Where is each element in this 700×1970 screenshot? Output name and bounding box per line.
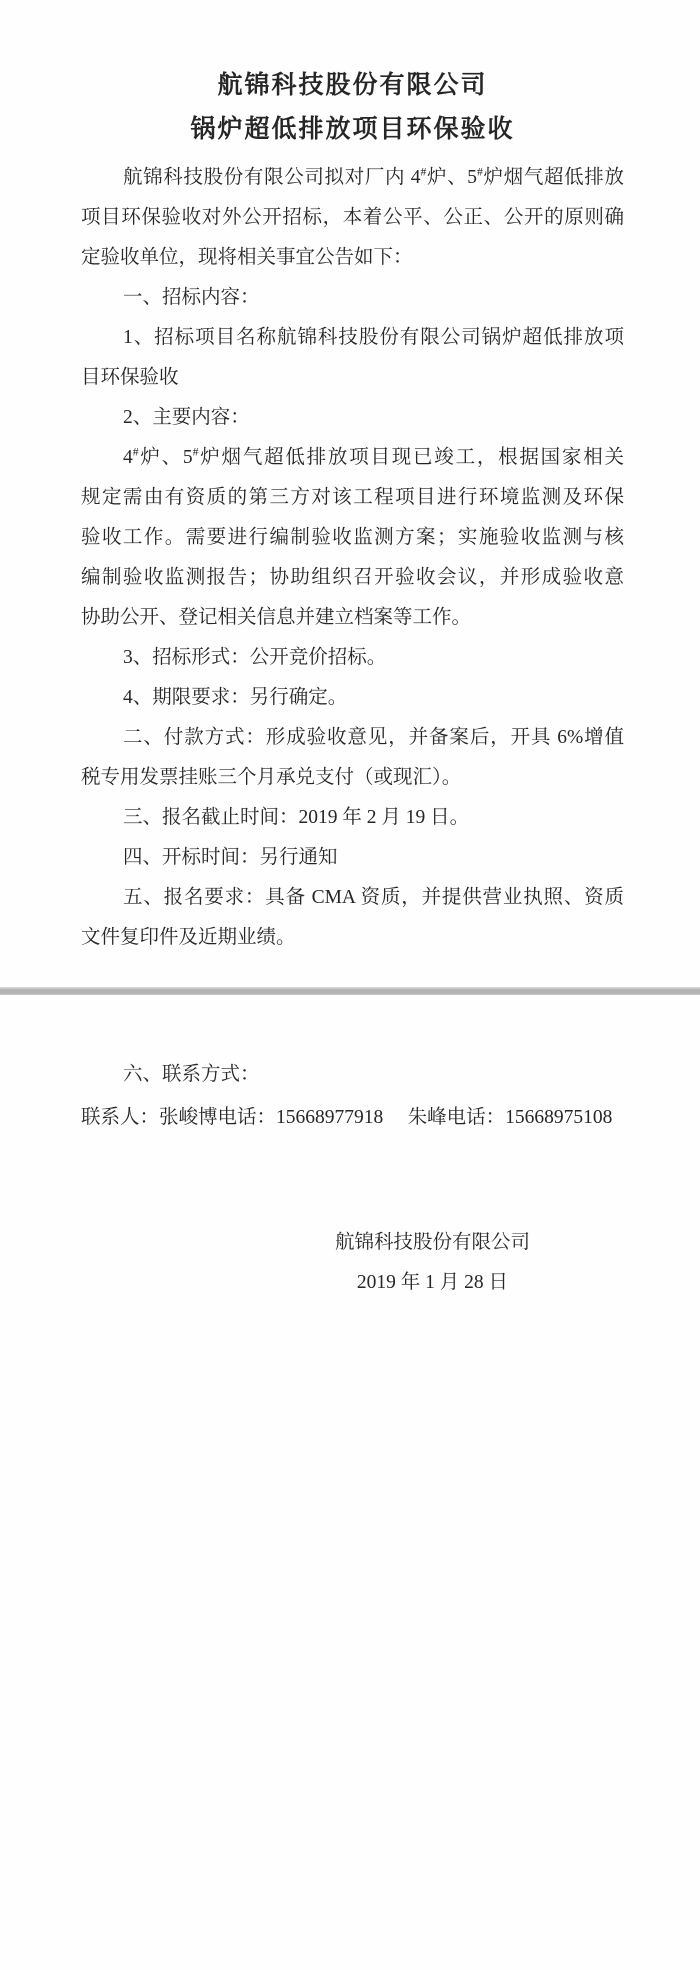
contact-section: 六、联系方式： 联系人：张峻博电话：15668977918 朱峰电话：15668… bbox=[81, 1055, 624, 1141]
document-title: 航锦科技股份有限公司 bbox=[81, 64, 624, 108]
document-subtitle: 锅炉超低排放项目环保验收 bbox=[81, 108, 624, 152]
page-content-bottom: 六、联系方式： 联系人：张峻博电话：15668977918 朱峰电话：15668… bbox=[0, 1055, 700, 1303]
body-line: 协助公开、登记相关信息并建立档案等工作。 bbox=[81, 598, 624, 638]
body-line: 文件复印件及近期业绩。 bbox=[81, 918, 624, 958]
body-line: 4、期限要求：另行确定。 bbox=[81, 678, 624, 718]
body-line: 4#炉、5#炉烟气超低排放项目现已竣工，根据国家相关 bbox=[81, 438, 624, 478]
body-line: 2、主要内容： bbox=[81, 398, 624, 438]
signature-company: 航锦科技股份有限公司 bbox=[241, 1223, 624, 1263]
document-title-block: 航锦科技股份有限公司 锅炉超低排放项目环保验收 bbox=[81, 0, 624, 152]
body-line: 定验收单位，现将相关事宜公告如下： bbox=[81, 238, 624, 278]
document-page: 航锦科技股份有限公司 锅炉超低排放项目环保验收 航锦科技股份有限公司拟对厂内 4… bbox=[0, 0, 700, 1970]
page-break-divider bbox=[0, 987, 700, 995]
body-line: 四、开标时间：另行通知 bbox=[81, 838, 624, 878]
body-line: 验收工作。需要进行编制验收监测方案；实施验收监测与核查； bbox=[81, 518, 624, 558]
body-line: 编制验收监测报告；协助组织召开验收会议，并形成验收意见； bbox=[81, 558, 624, 598]
body-line: 五、报名要求：具备 CMA 资质，并提供营业执照、资质 bbox=[81, 878, 624, 918]
body-line: 税专用发票挂账三个月承兑支付（或现汇）。 bbox=[81, 758, 624, 798]
body-line: 项目环保验收对外公开招标，本着公平、公正、公开的原则确 bbox=[81, 198, 624, 238]
body-line: 航锦科技股份有限公司拟对厂内 4#炉、5#炉烟气超低排放 bbox=[81, 158, 624, 198]
body-line: 3、招标形式：公开竞价招标。 bbox=[81, 638, 624, 678]
contact-line: 联系人：张峻博电话：15668977918 朱峰电话：15668975108 bbox=[81, 1095, 624, 1141]
body-line: 一、招标内容： bbox=[81, 278, 624, 318]
body-line: 二、付款方式：形成验收意见，并备案后，开具 6%增值 bbox=[81, 718, 624, 758]
body-lines: 航锦科技股份有限公司拟对厂内 4#炉、5#炉烟气超低排放项目环保验收对外公开招标… bbox=[81, 158, 624, 958]
body-line: 1、招标项目名称航锦科技股份有限公司锅炉超低排放项 bbox=[81, 318, 624, 358]
contact-heading: 六、联系方式： bbox=[81, 1055, 624, 1095]
body-line: 规定需由有资质的第三方对该工程项目进行环境监测及环保 bbox=[81, 478, 624, 518]
signature-block: 航锦科技股份有限公司 2019 年 1 月 28 日 bbox=[81, 1223, 624, 1303]
body-line: 目环保验收 bbox=[81, 358, 624, 398]
body-line: 三、报名截止时间：2019 年 2 月 19 日。 bbox=[81, 798, 624, 838]
signature-date: 2019 年 1 月 28 日 bbox=[241, 1263, 624, 1303]
page-content: 航锦科技股份有限公司 锅炉超低排放项目环保验收 航锦科技股份有限公司拟对厂内 4… bbox=[0, 0, 700, 958]
